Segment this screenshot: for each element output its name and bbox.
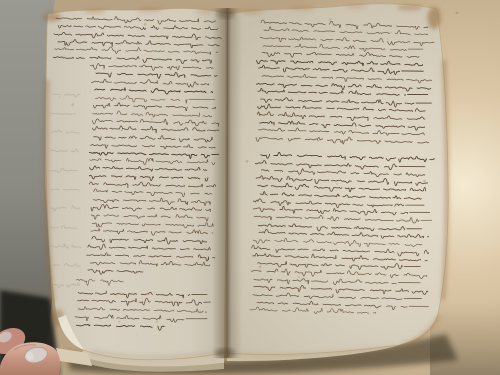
dust-speck — [456, 12, 459, 14]
foxing-spot — [298, 276, 300, 278]
foxing-spot — [156, 320, 159, 323]
foxing-spot — [120, 120, 122, 122]
gutter-bottom-shadow — [215, 348, 235, 358]
foxing-spot — [336, 183, 338, 185]
foxing-spot — [151, 118, 153, 120]
foxing-spot — [317, 140, 319, 142]
foxing-spot — [329, 40, 331, 42]
foxing-spot — [387, 38, 388, 39]
foxing-spot — [121, 129, 123, 131]
foxing-spot — [143, 23, 146, 26]
manuscript-photograph: Photograph of an open bound manuscript v… — [0, 0, 500, 375]
foxing-spot — [423, 180, 426, 183]
foxing-spot — [71, 103, 74, 106]
foxing-spot — [118, 321, 120, 323]
foxing-spot — [259, 266, 262, 269]
foxing-spot — [63, 244, 65, 246]
photo-canvas — [0, 0, 500, 375]
foxing-spot — [391, 32, 392, 33]
surface-shade-bottom-right — [430, 295, 500, 375]
foxing-spot — [246, 160, 249, 163]
foxing-spot — [329, 18, 332, 21]
foxing-spot — [164, 157, 165, 158]
left-page — [46, 8, 227, 359]
foxing-spot — [355, 127, 357, 129]
foxing-spot — [180, 69, 181, 70]
foxing-spot — [136, 334, 137, 335]
foxing-spot — [323, 217, 325, 219]
foxing-spot — [184, 123, 186, 125]
foxing-spot — [59, 97, 60, 98]
gutter-top-shadow — [217, 9, 235, 19]
gutter-shadow — [212, 8, 242, 358]
foxing-spot — [90, 91, 91, 92]
